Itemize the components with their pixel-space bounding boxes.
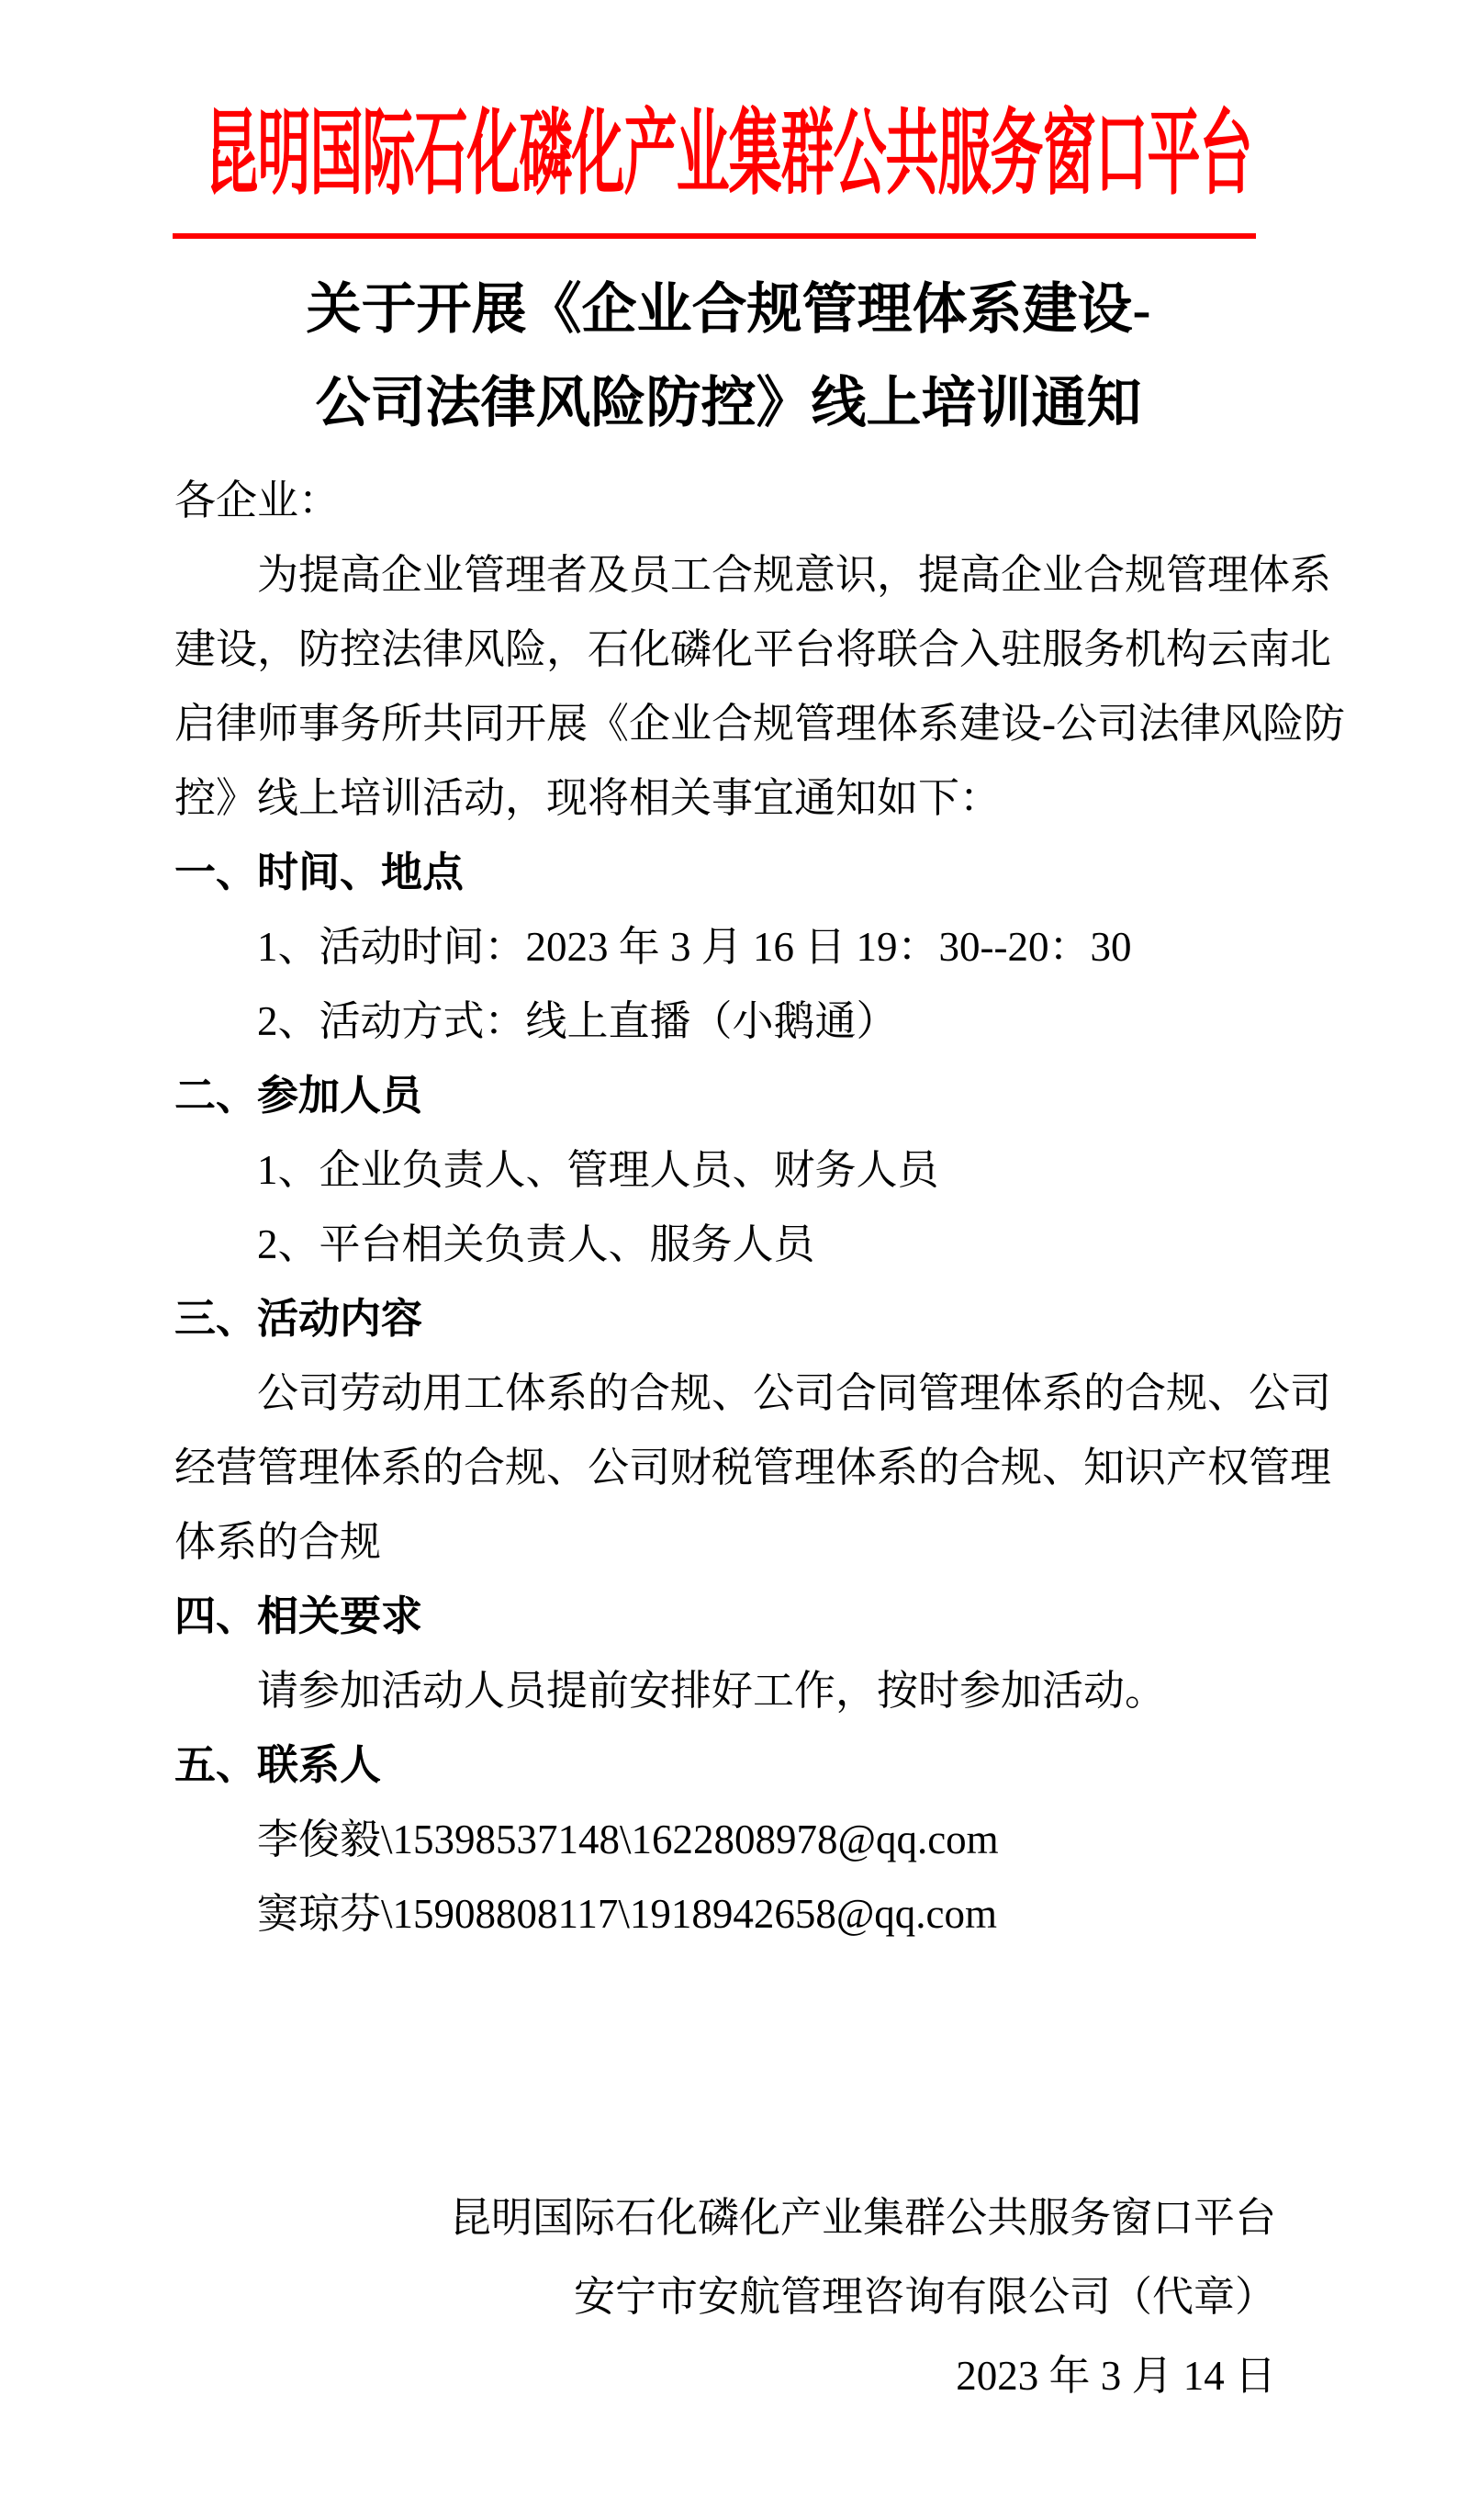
document-title-line-1: 关于开展《企业合规管理体系建设- bbox=[0, 263, 1457, 356]
paragraph-line: 启律师事务所共同开展《企业合规管理体系建设-公司法律风险防 bbox=[174, 687, 1285, 761]
salutation: 各企业： bbox=[174, 464, 1285, 538]
document-footer: 昆明国际石化磷化产业集群公共服务窗口平台 安宁市安航管理咨询有限公司（代章） 2… bbox=[174, 2178, 1276, 2415]
contact-line-2: 窦琼芬\15908808117\1918942658@qq.com bbox=[174, 1877, 1285, 1952]
red-header-banner: 昆明国际石化磷化产业集群公共服务窗口平台 bbox=[0, 108, 1457, 211]
paragraph-line: 体系的合规 bbox=[174, 1505, 1285, 1580]
list-item-activity-time: 1、活动时间：2023 年 3 月 16 日 19：30--20：30 bbox=[174, 910, 1285, 984]
section-heading-time-location: 一、时间、地点 bbox=[174, 836, 1285, 910]
document-title-line-2: 公司法律风险防控》线上培训通知 bbox=[0, 356, 1457, 450]
section-heading-requirements: 四、相关要求 bbox=[174, 1580, 1285, 1654]
document-page: 昆明国际石化磷化产业集群公共服务窗口平台 关于开展《企业合规管理体系建设- 公司… bbox=[0, 0, 1457, 2520]
paragraph-line: 请参加活动人员提前安排好工作，按时参加活动。 bbox=[174, 1654, 1285, 1728]
paragraph-line: 建设，防控法律风险，石化磷化平台将联合入驻服务机构云南北 bbox=[174, 613, 1285, 687]
paragraph-line: 为提高企业管理者及员工合规意识，提高企业合规管理体系 bbox=[174, 538, 1285, 613]
platform-name-header: 昆明国际石化磷化产业集群公共服务窗口平台 bbox=[205, 108, 1251, 202]
list-item-participants-1: 1、企业负责人、管理人员、财务人员 bbox=[174, 1133, 1285, 1208]
document-body: 各企业： 为提高企业管理者及员工合规意识，提高企业合规管理体系 建设，防控法律风… bbox=[174, 464, 1285, 1952]
red-divider-line bbox=[173, 233, 1256, 239]
document-title: 关于开展《企业合规管理体系建设- 公司法律风险防控》线上培训通知 bbox=[0, 263, 1457, 450]
signature-org-1: 昆明国际石化磷化产业集群公共服务窗口平台 bbox=[174, 2178, 1276, 2257]
paragraph-line: 公司劳动用工体系的合规、公司合同管理体系的合规、公司 bbox=[174, 1356, 1285, 1431]
contact-line-1: 李俊毅\15398537148\1622808978@qq.com bbox=[174, 1803, 1285, 1877]
signature-org-2: 安宁市安航管理咨询有限公司（代章） bbox=[174, 2257, 1276, 2336]
list-item-activity-mode: 2、活动方式：线上直播（小鹅通） bbox=[174, 984, 1285, 1059]
paragraph-line: 控》线上培训活动，现将相关事宜通知如下： bbox=[174, 761, 1285, 836]
section-heading-content: 三、活动内容 bbox=[174, 1282, 1285, 1356]
section-heading-contacts: 五、联系人 bbox=[174, 1728, 1285, 1803]
list-item-participants-2: 2、平台相关负责人、服务人员 bbox=[174, 1208, 1285, 1282]
signature-date: 2023 年 3 月 14 日 bbox=[174, 2336, 1276, 2415]
section-heading-participants: 二、参加人员 bbox=[174, 1059, 1285, 1133]
paragraph-line: 经营管理体系的合规、公司财税管理体系的合规、知识产权管理 bbox=[174, 1431, 1285, 1505]
